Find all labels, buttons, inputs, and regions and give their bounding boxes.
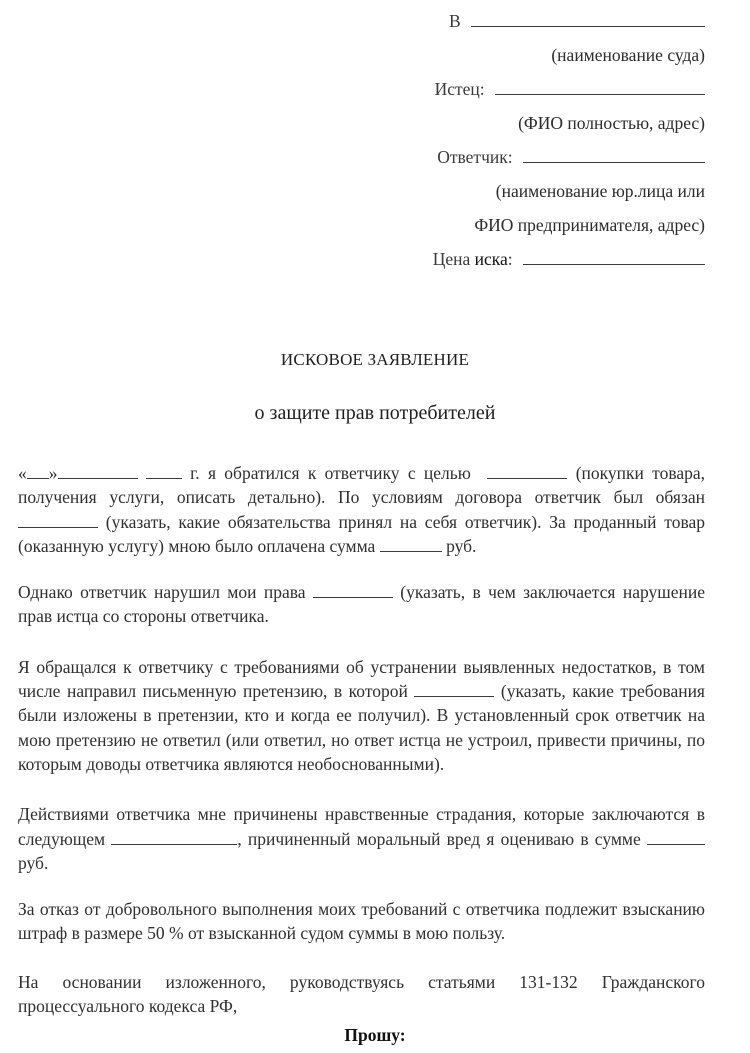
claim-price-blank: [523, 246, 705, 265]
court-line: В: [385, 6, 705, 40]
plaintiff-label: Истец:: [435, 79, 485, 99]
claim-price-label-c: :: [508, 249, 513, 269]
paragraph-moral-damage: Действиями ответчика мне причинены нравс…: [18, 802, 705, 875]
document-subtitle: о защите прав потребителей: [0, 402, 750, 425]
month-blank: [58, 464, 138, 479]
document-body: «» г. я обратился к ответчику с целью (п…: [18, 461, 705, 1042]
defendant-hint-2: ФИО предпринимателя, адрес): [385, 210, 705, 244]
paragraph-penalty: За отказ от добровольного выполнения мои…: [18, 897, 705, 946]
p6-text-1: На основании изложенного, руководствуясь…: [18, 972, 705, 1016]
day-blank: [27, 464, 49, 479]
open-quote: «: [18, 463, 27, 483]
claim-price-line: Цена иска:: [385, 244, 705, 278]
p1-text-1: г. я обратился к ответчику с целью: [182, 463, 479, 483]
paragraph-legal-basis: На основании изложенного, руководствуясь…: [18, 970, 705, 1019]
defendant-line: Ответчик:: [385, 142, 705, 176]
document-title: ИСКОВОЕ ЗАЯВЛЕНИЕ: [0, 350, 750, 370]
violation-blank: [313, 583, 393, 598]
defendant-blank: [523, 144, 705, 163]
court-blank: [471, 8, 705, 27]
paragraph-violation: Однако ответчик нарушил мои права (указа…: [18, 580, 705, 629]
p4-text-2: , причиненный моральный вред я оцениваю …: [237, 829, 647, 849]
amount-blank: [380, 537, 442, 552]
claim-price-label-b: иска: [475, 249, 508, 269]
plaintiff-blank: [495, 76, 705, 95]
defendant-hint-1: (наименование юр.лица или: [385, 176, 705, 210]
damage-amount-blank: [647, 830, 705, 845]
plaintiff-hint: (ФИО полностью, адрес): [385, 108, 705, 142]
p4-text-3: руб.: [18, 853, 48, 873]
suffering-blank: [111, 830, 237, 845]
court-hint: (наименование суда): [385, 40, 705, 74]
claim-blank: [414, 682, 494, 697]
paragraph-claim: Я обращался к ответчику с требованиями о…: [18, 655, 705, 776]
p2-text-1: Однако ответчик нарушил мои права: [18, 582, 313, 602]
paragraph-purchase: «» г. я обратился к ответчику с целью (п…: [18, 461, 705, 558]
year-blank: [146, 464, 182, 479]
claim-price-label-a: Цена: [433, 249, 475, 269]
document-header: В (наименование суда) Истец: (ФИО полнос…: [385, 6, 705, 278]
court-prefix: В: [449, 11, 461, 31]
defendant-label: Ответчик:: [437, 147, 512, 167]
p1-text-4: руб.: [442, 536, 477, 556]
p5-text-1: За отказ от добровольного выполнения мои…: [18, 899, 705, 943]
p1-text-3: (указать, какие обязательства принял на …: [18, 512, 705, 556]
purpose-blank: [487, 464, 567, 479]
request-heading: Прошу:: [0, 1025, 750, 1046]
close-quote: »: [49, 463, 58, 483]
obligations-blank: [18, 513, 98, 528]
plaintiff-line: Истец:: [385, 74, 705, 108]
